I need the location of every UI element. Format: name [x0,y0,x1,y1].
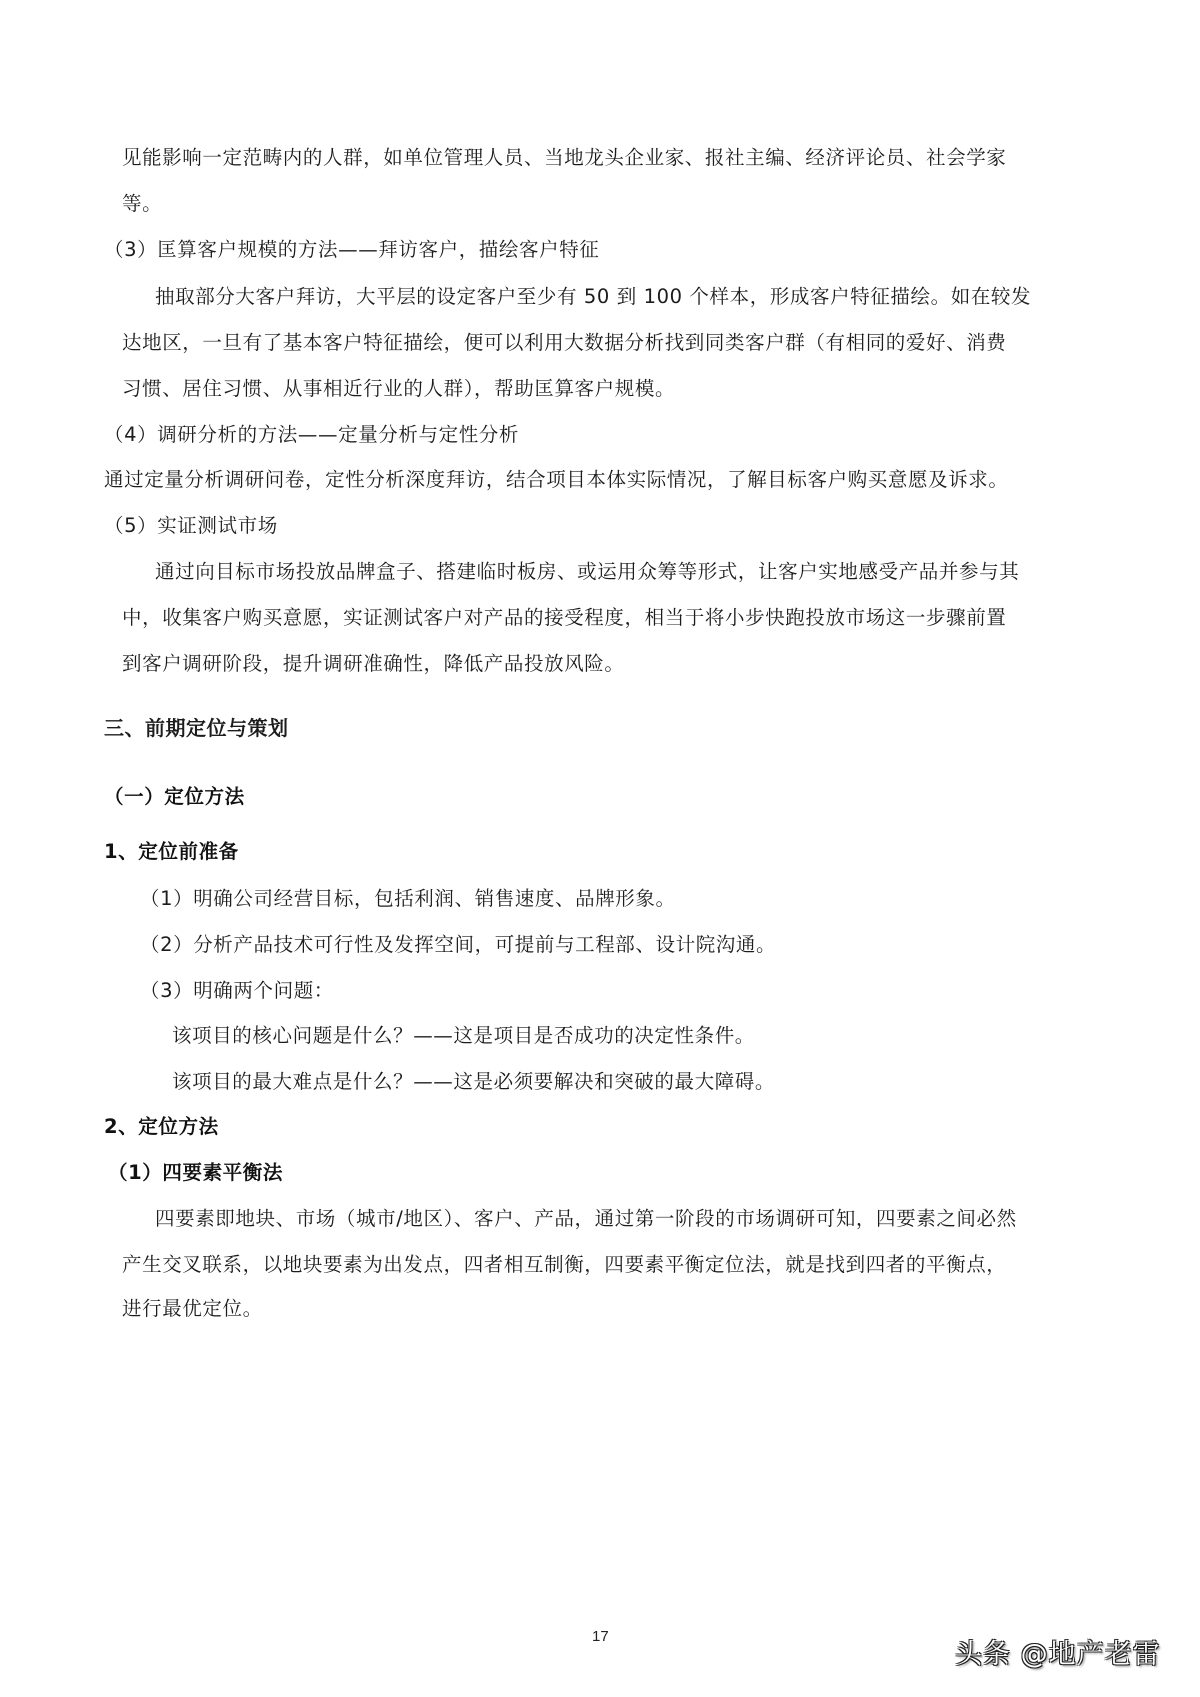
section-title: 三、前期定位与策划 [104,715,289,741]
paragraph-line: 通过定量分析调研问卷，定性分析深度拜访，结合项目本体实际情况，了解目标客户购买意… [104,467,1009,493]
paragraph-line: 中，收集客户购买意愿，实证测试客户对产品的接受程度，相当于将小步快跑投放市场这一… [122,605,1006,631]
paragraph-line: 达地区，一旦有了基本客户特征描绘，便可以利用大数据分析找到同类客户群（有相同的爱… [122,330,1006,356]
paragraph-line: 四要素即地块、市场（城市/地区）、客户、产品，通过第一阶段的市场调研可知，四要素… [155,1206,1017,1232]
heading-method: 2、定位方法 [104,1114,219,1140]
paragraph-line: 通过向目标市场投放品牌盒子、搭建临时板房、或运用众筹等形式，让客户实地感受产品并… [155,559,1019,585]
list-item-heading: （3）匡算客户规模的方法——拜访客户，描绘客户特征 [104,237,599,263]
prep-item: （2）分析产品技术可行性及发挥空间，可提前与工程部、设计院沟通。 [140,932,776,958]
document-page: 见能影响一定范畴内的人群，如单位管理人员、当地龙头企业家、报社主编、经济评论员、… [0,0,1200,1697]
list-item-heading: （4）调研分析的方法——定量分析与定性分析 [104,422,519,448]
paragraph-line: 等。 [122,191,162,217]
paragraph-line: 抽取部分大客户拜访，大平层的设定客户至少有 50 到 100 个样本，形成客户特… [155,284,1031,310]
method-title: （1）四要素平衡法 [108,1160,283,1186]
list-item-heading: （5）实证测试市场 [104,513,278,539]
paragraph-line: 见能影响一定范畴内的人群，如单位管理人员、当地龙头企业家、报社主编、经济评论员、… [122,145,1006,171]
paragraph-line: 进行最优定位。 [122,1296,263,1322]
question-line: 该项目的最大难点是什么？——这是必须要解决和突破的最大障碍。 [172,1069,775,1095]
prep-item: （3）明确两个问题： [140,978,334,1004]
page-number: 17 [592,1628,609,1645]
watermark: 头条 @地产老雷 [955,1632,1161,1671]
subsection-title: （一）定位方法 [104,784,245,810]
question-line: 该项目的核心问题是什么？——这是项目是否成功的决定性条件。 [172,1023,755,1049]
paragraph-line: 产生交叉联系，以地块要素为出发点，四者相互制衡，四要素平衡定位法，就是找到四者的… [122,1252,1006,1278]
heading-preparation: 1、定位前准备 [104,839,239,865]
paragraph-line: 习惯、居住习惯、从事相近行业的人群），帮助匡算客户规模。 [122,376,675,402]
prep-item: （1）明确公司经营目标，包括利润、销售速度、品牌形象。 [140,886,676,912]
paragraph-line: 到客户调研阶段，提升调研准确性，降低产品投放风险。 [122,651,625,677]
